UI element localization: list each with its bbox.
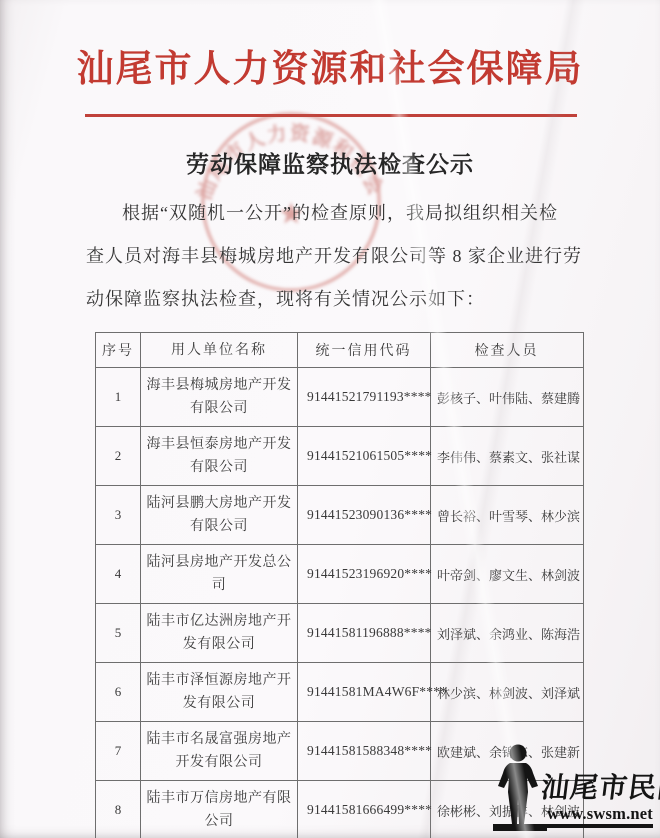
header-credit-code: 统一信用代码 (298, 333, 431, 368)
row-serial-number: 5 (96, 604, 141, 663)
watermark-site-url: www.swsm.net (547, 804, 653, 828)
company-name: 陆丰市名晟富强房地产开发有限公司 (141, 722, 298, 781)
row-serial-number: 8 (96, 781, 141, 838)
company-name: 海丰县恒泰房地产开发有限公司 (141, 427, 298, 486)
company-name: 陆丰市亿达洲房地产开发有限公司 (141, 604, 298, 663)
notice-paragraph: 根据“双随机一公开”的检查原则，我局拟组织相关检 查人员对海丰县梅城房地产开发有… (86, 192, 578, 321)
company-name: 陆河县房地产开发总公司 (141, 545, 298, 604)
scanned-document-page: 汕尾市人力资源和社会保障局 汕尾市人力资源和社会保障局 ★ 劳动保障监察执法检查… (0, 0, 660, 838)
row-serial-number: 1 (96, 368, 141, 427)
table-row: 3 陆河县鹏大房地产开发有限公司 91441523090136**** 曾长裕、… (96, 486, 584, 545)
row-serial-number: 3 (96, 486, 141, 545)
credit-code: 91441521791193**** (298, 368, 431, 427)
table-row: 5 陆丰市亿达洲房地产开发有限公司 91441581196888**** 刘泽斌… (96, 604, 584, 663)
notice-line: 动保障监察执法检查，现将有关情况公示如下： (86, 278, 578, 321)
person-silhouette-icon (493, 744, 547, 832)
company-name: 陆河县鹏大房地产开发有限公司 (141, 486, 298, 545)
row-serial-number: 6 (96, 663, 141, 722)
inspector-names: 林少滨、林剑波、刘泽斌 (431, 663, 584, 722)
row-serial-number: 4 (96, 545, 141, 604)
header-divider-rule (85, 114, 577, 117)
row-serial-number: 7 (96, 722, 141, 781)
notice-line: 查人员对海丰县梅城房地产开发有限公司等 8 家企业进行劳 (86, 235, 578, 278)
inspector-names: 刘泽斌、余鸿业、陈海浩 (431, 604, 584, 663)
inspector-names: 彭核子、叶伟陆、蔡建腾 (431, 368, 584, 427)
header-inspectors: 检查人员 (431, 333, 584, 368)
header-serial-number: 序号 (96, 333, 141, 368)
company-name: 海丰县梅城房地产开发有限公司 (141, 368, 298, 427)
table-header-row: 序号 用人单位名称 统一信用代码 检查人员 (96, 333, 584, 368)
doc-title: 劳动保障监察执法检查公示 (0, 146, 660, 179)
credit-code: 91441581196888**** (298, 604, 431, 663)
credit-code: 91441523090136**** (298, 486, 431, 545)
header-employer-name: 用人单位名称 (141, 333, 298, 368)
inspector-names: 叶帝剑、廖文生、林剑波 (431, 545, 584, 604)
notice-line: 根据“双随机一公开”的检查原则，我局拟组织相关检 (86, 192, 578, 235)
table-row: 1 海丰县梅城房地产开发有限公司 91441521791193**** 彭核子、… (96, 368, 584, 427)
credit-code: 91441581588348**** (298, 722, 431, 781)
credit-code: 91441581MA4W6F**** (298, 663, 431, 722)
credit-code: 91441521061505**** (298, 427, 431, 486)
org-title: 汕尾市人力资源和社会保障局 (0, 38, 660, 92)
company-name: 陆丰市万信房地产有限公司 (141, 781, 298, 838)
inspector-names: 李伟伟、蔡素文、张社谋 (431, 427, 584, 486)
row-serial-number: 2 (96, 427, 141, 486)
watermark-site-name: 汕尾市民网 (539, 774, 660, 804)
credit-code: 91441581666499**** (298, 781, 431, 838)
company-name: 陆丰市泽恒源房地产开发有限公司 (141, 663, 298, 722)
table-row: 4 陆河县房地产开发总公司 91441523196920**** 叶帝剑、廖文生… (96, 545, 584, 604)
table-row: 6 陆丰市泽恒源房地产开发有限公司 91441581MA4W6F**** 林少滨… (96, 663, 584, 722)
credit-code: 91441523196920**** (298, 545, 431, 604)
table-row: 2 海丰县恒泰房地产开发有限公司 91441521061505**** 李伟伟、… (96, 427, 584, 486)
inspector-names: 曾长裕、叶雪琴、林少滨 (431, 486, 584, 545)
site-watermark: 汕尾市民网 www.swsm.net (493, 744, 659, 836)
